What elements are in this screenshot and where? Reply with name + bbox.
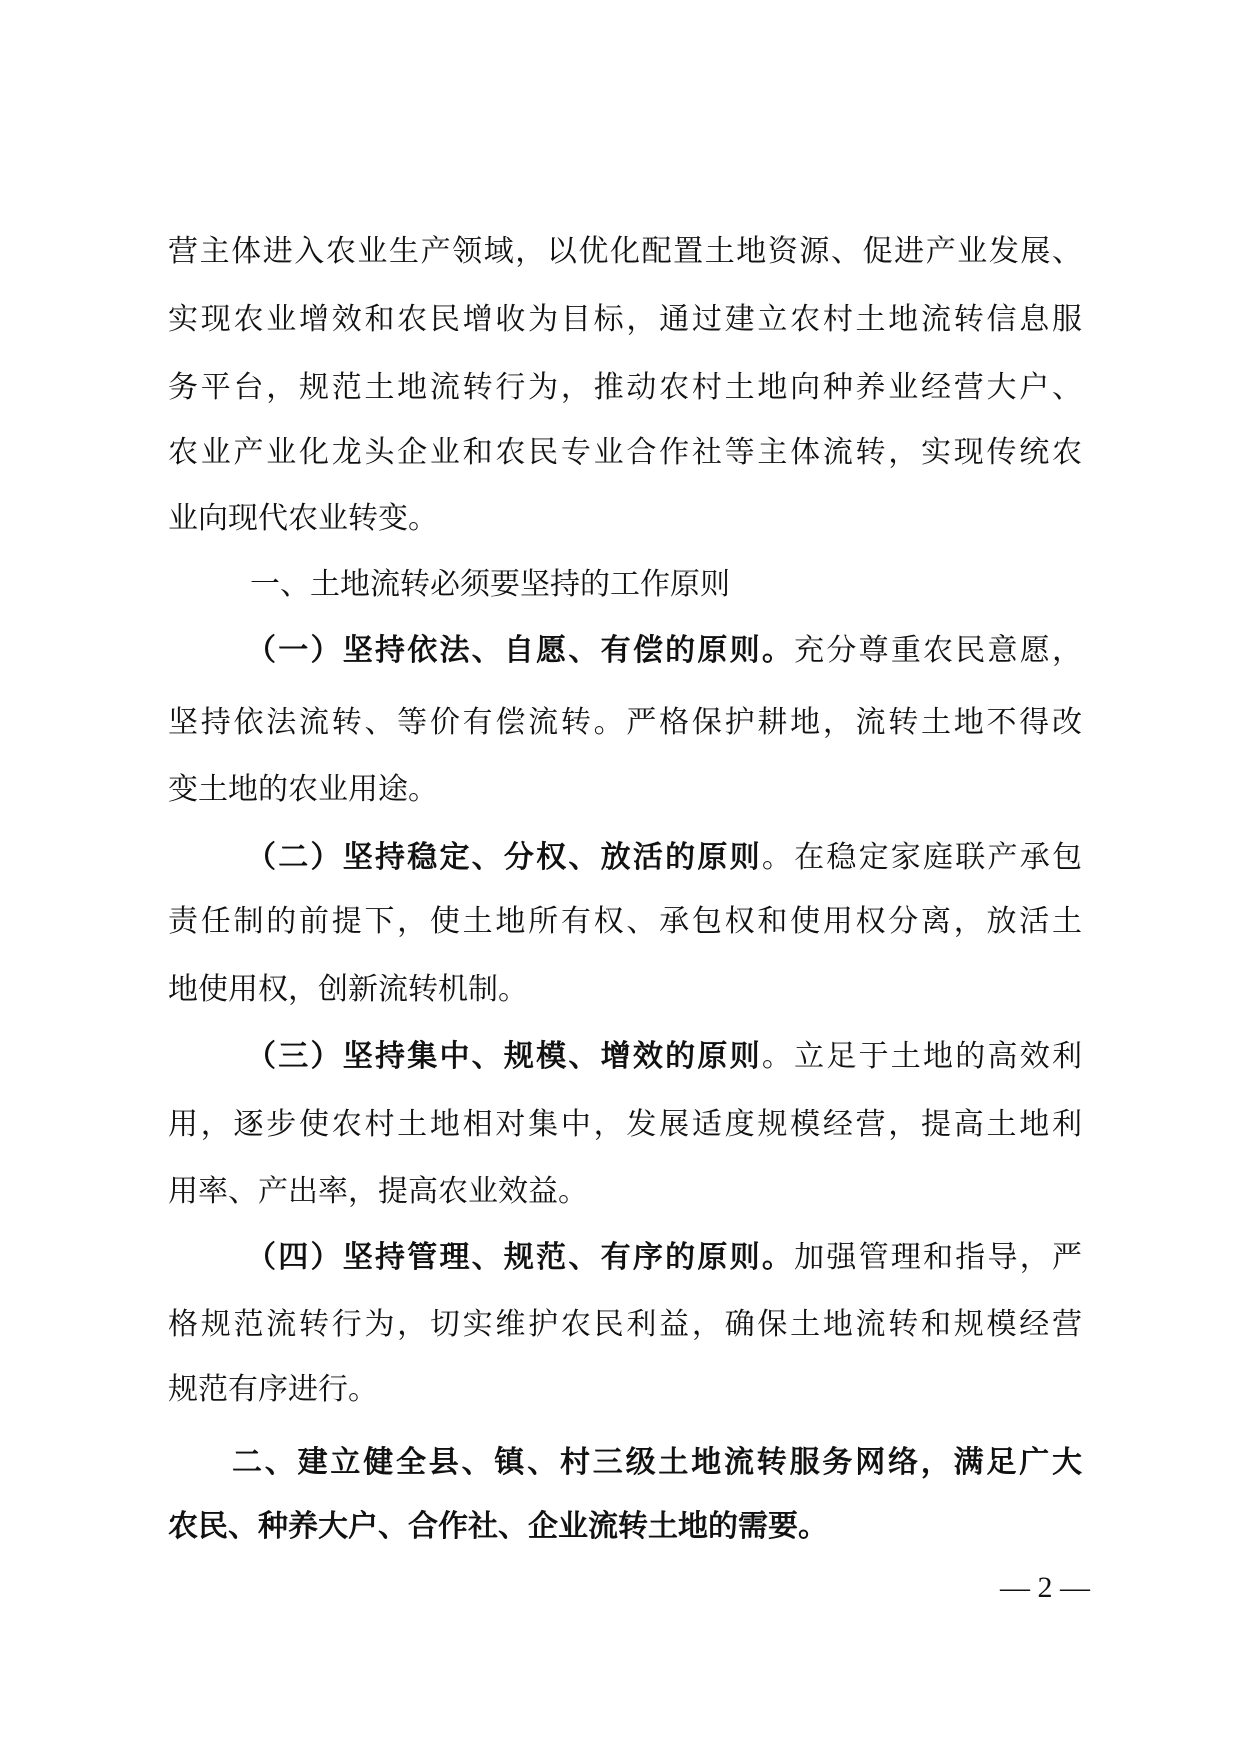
section-heading-1: 一、土地流转必须要坚持的工作原则 [250,565,1164,605]
principle-title: （一）坚持依法、自愿、有偿的原则。 [246,633,794,668]
paragraph-line: 营主体进入农业生产领域，以优化配置土地资源、促进产业发展、 [168,232,1082,272]
principle-body: 充分尊重农民意愿， [794,633,1082,668]
paragraph-line: 责任制的前提下，使土地所有权、承包权和使用权分离，放活土 [168,902,1082,942]
principle-1: （一）坚持依法、自愿、有偿的原则。充分尊重农民意愿， [246,631,1082,671]
principle-title: （二）坚持稳定、分权、放活的原则 [246,840,762,875]
paragraph-line: 实现农业增效和农民增收为目标，通过建立农村土地流转信息服 [168,300,1082,340]
paragraph-line: 坚持依法流转、等价有偿流转。严格保护耕地，流转土地不得改 [168,703,1082,743]
principle-body: 加强管理和指导，严 [794,1240,1082,1275]
section-heading-2-continued: 农民、种养大户、合作社、企业流转土地的需要。 [168,1507,1082,1547]
principle-body: 。立足于土地的高效利 [762,1039,1082,1074]
paragraph-line: 农业产业化龙头企业和农民专业合作社等主体流转，实现传统农 [168,433,1082,473]
paragraph-line: 格规范流转行为，切实维护农民利益，确保土地流转和规模经营 [168,1305,1082,1345]
document-page: 营主体进入农业生产领域，以优化配置土地资源、促进产业发展、 实现农业增效和农民增… [0,0,1240,1755]
principle-body: 。在稳定家庭联产承包 [762,840,1082,875]
principle-4: （四）坚持管理、规范、有序的原则。加强管理和指导，严 [246,1238,1082,1278]
paragraph-line: 业向现代农业转变。 [168,499,1082,539]
paragraph-line: 用率、产出率，提高农业效益。 [168,1172,1082,1212]
paragraph-line: 变土地的农业用途。 [168,770,1082,810]
paragraph-line: 务平台，规范土地流转行为，推动农村土地向种养业经营大户、 [168,368,1082,408]
principle-title: （三）坚持集中、规模、增效的原则 [246,1039,762,1074]
section-heading-2: 二、建立健全县、镇、村三级土地流转服务网络，满足广大 [232,1443,1082,1483]
paragraph-line: 用，逐步使农村土地相对集中，发展适度规模经营，提高土地利 [168,1105,1082,1145]
paragraph-line: 地使用权，创新流转机制。 [168,970,1082,1010]
principle-title: （四）坚持管理、规范、有序的原则。 [246,1240,794,1275]
principle-3: （三）坚持集中、规模、增效的原则。立足于土地的高效利 [246,1037,1082,1077]
paragraph-line: 规范有序进行。 [168,1370,1082,1410]
principle-2: （二）坚持稳定、分权、放活的原则。在稳定家庭联产承包 [246,838,1082,878]
page-number: — 2 — [980,1568,1090,1608]
